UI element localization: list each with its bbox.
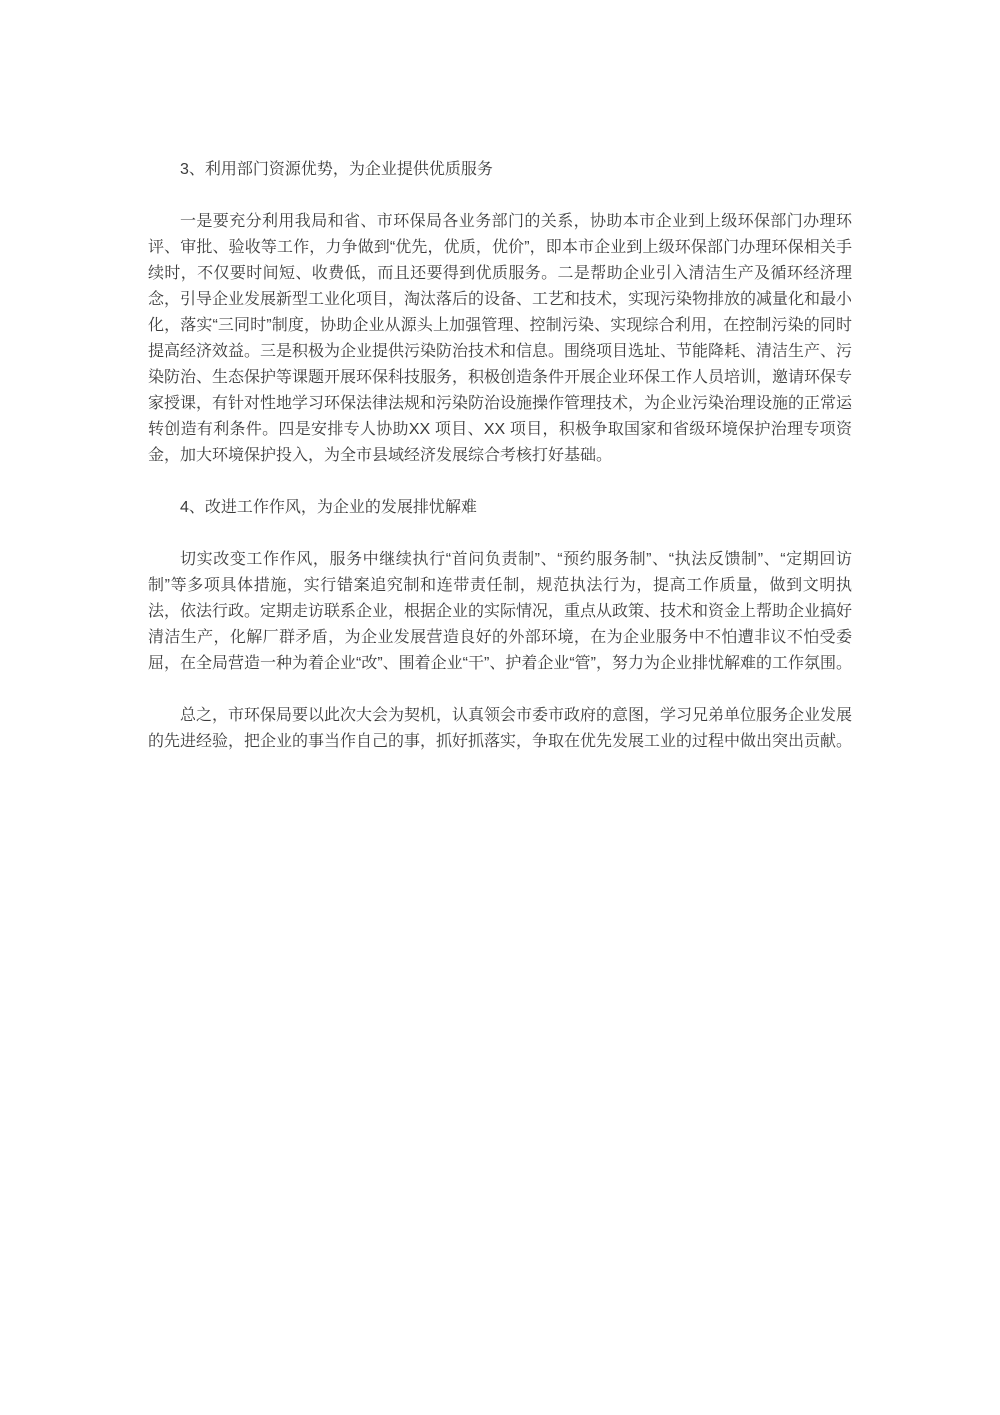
body-paragraph-1: 一是要充分利用我局和省、市环保局各业务部门的关系，协助本市企业到上级环保部门办理… — [148, 209, 852, 469]
body-paragraph-2: 切实改变工作作风，服务中继续执行“首问负责制”、“预约服务制”、“执法反馈制”、… — [148, 547, 852, 677]
section-heading-3: 3、利用部门资源优势，为企业提供优质服务 — [148, 157, 852, 183]
closing-paragraph: 总之，市环保局要以此次大会为契机，认真领会市委市政府的意图，学习兄弟单位服务企业… — [148, 703, 852, 755]
section-heading-4: 4、改进工作作风，为企业的发展排忧解难 — [148, 495, 852, 521]
document-page: 3、利用部门资源优势，为企业提供优质服务 一是要充分利用我局和省、市环保局各业务… — [148, 0, 852, 755]
